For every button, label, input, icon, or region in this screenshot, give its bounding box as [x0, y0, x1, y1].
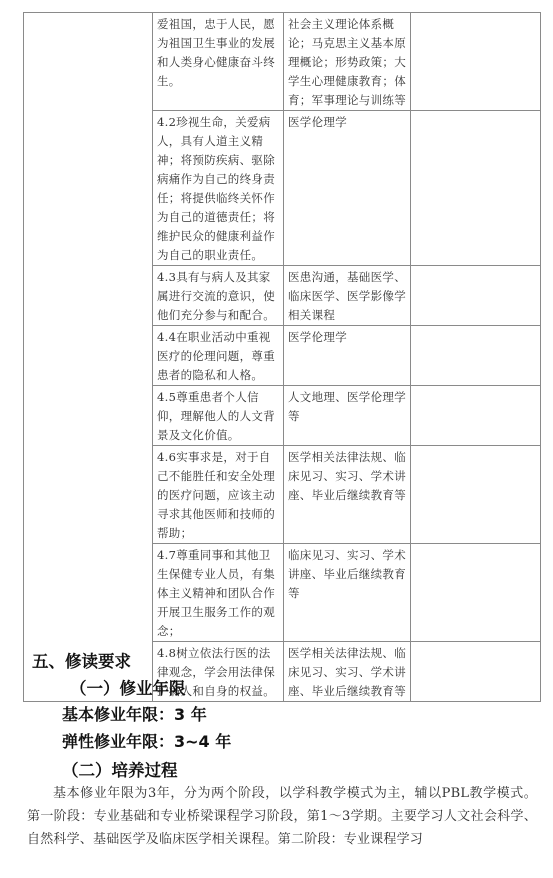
table-cell-requirement: 4.7尊重同事和其他卫生保健专业人员，有集体主义精神和团队合作开展卫生服务工作的…	[153, 544, 284, 642]
section-heading: 五、修读要求	[32, 648, 131, 672]
subsection-heading-process: （二）培养过程	[62, 757, 178, 781]
table-cell-courses: 人文地理、医学伦理学等	[284, 386, 411, 446]
table-cell-courses: 医学伦理学	[284, 111, 411, 266]
flexible-duration: 弹性修业年限：3~4 年	[62, 729, 231, 752]
table-cell-courses: 临床见习、实习、学术讲座、毕业后继续教育等	[284, 544, 411, 642]
subsection-heading-duration: （一）修业年限	[70, 675, 186, 699]
table-cell-requirement: 4.3具有与病人及其家属进行交流的意识，使他们充分参与和配合。	[153, 266, 284, 326]
table-cell-requirement: 4.2珍视生命，关爱病人，具有人道主义精神；将预防疾病、驱除病痛作为自己的终身责…	[153, 111, 284, 266]
table-cell-category	[24, 13, 153, 702]
table-cell-courses: 社会主义理论体系概论；马克思主义基本原理概论；形势政策；大学生心理健康教育；体育…	[284, 13, 411, 111]
table-cell-extra	[411, 544, 541, 642]
table-cell-extra	[411, 13, 541, 111]
table-cell-extra	[411, 111, 541, 266]
table-cell-requirement: 4.6实事求是，对于自己不能胜任和安全处理的医疗问题，应该主动寻求其他医师和技师…	[153, 446, 284, 544]
table-cell-requirement: 4.5尊重患者个人信仰，理解他人的人文背景及文化价值。	[153, 386, 284, 446]
table-cell-extra	[411, 326, 541, 386]
table-cell-requirement: 4.4在职业活动中重视医疗的伦理问题，尊重患者的隐私和人格。	[153, 326, 284, 386]
table-cell-courses: 医学相关法律法规、临床见习、实习、学术讲座、毕业后继续教育等	[284, 642, 411, 702]
table-row: 爱祖国，忠于人民，愿为祖国卫生事业的发展和人类身心健康奋斗终生。 社会主义理论体…	[24, 13, 541, 111]
table-cell-extra	[411, 266, 541, 326]
table-cell-extra	[411, 446, 541, 544]
table-cell-requirement: 爱祖国，忠于人民，愿为祖国卫生事业的发展和人类身心健康奋斗终生。	[153, 13, 284, 111]
training-process-paragraph: 基本修业年限为3年，分为两个阶段，以学科教学模式为主，辅以PBL教学模式。第一阶…	[27, 782, 537, 851]
basic-duration: 基本修业年限：3 年	[62, 702, 207, 725]
curriculum-mapping-table: 爱祖国，忠于人民，愿为祖国卫生事业的发展和人类身心健康奋斗终生。 社会主义理论体…	[23, 12, 541, 702]
table-cell-courses: 医患沟通，基础医学、临床医学、医学影像学相关课程	[284, 266, 411, 326]
table-cell-courses: 医学相关法律法规、临床见习、实习、学术讲座、毕业后继续教育等	[284, 446, 411, 544]
table-cell-courses: 医学伦理学	[284, 326, 411, 386]
table-cell-extra	[411, 642, 541, 702]
table-cell-extra	[411, 386, 541, 446]
